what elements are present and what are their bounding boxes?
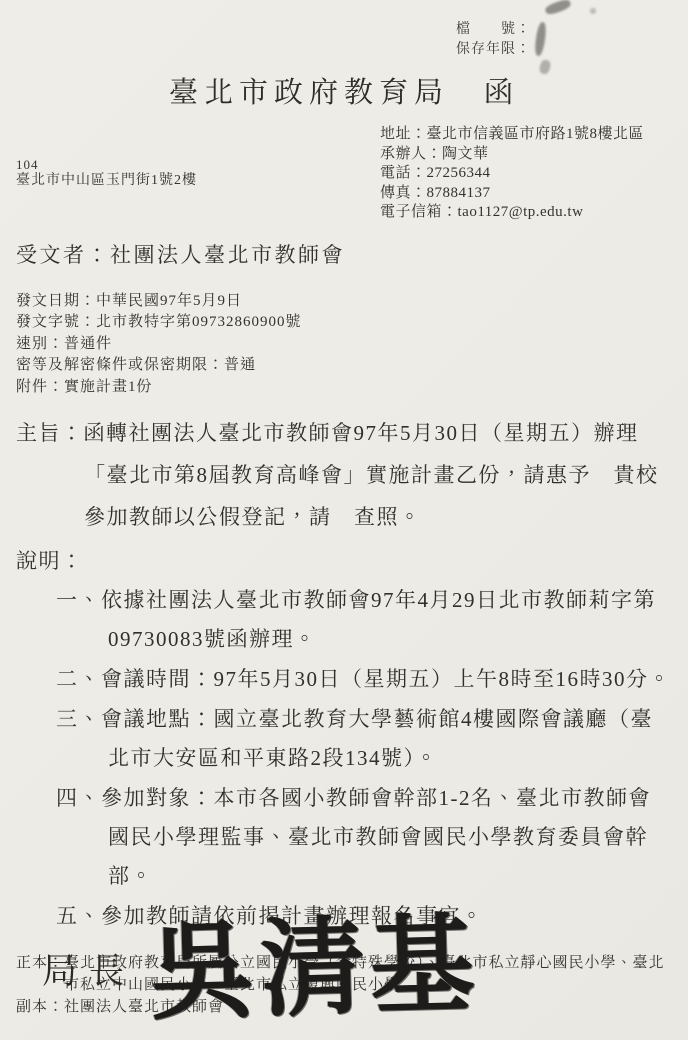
signer-title: 局長 xyxy=(42,944,136,994)
subject-paragraph: 主旨：函轉社團法人臺北市教師會97年5月30日（星期五）辦理「臺北市第8屆教育高… xyxy=(16,412,672,538)
recipient-line: 受文者：社團法人臺北市教師會 xyxy=(16,239,672,269)
header-info-row: 104 臺北市中山區玉門街1號2樓 地址：臺北市信義區市府路1號8樓北區 承辦人… xyxy=(16,125,672,223)
contact-fax: 傳真：87884137 xyxy=(380,184,672,204)
description-item-1: 一、依據社團法人臺北市教師會97年4月29日北市教師莉字第09730083號函辦… xyxy=(56,581,672,659)
archive-number-label: 檔 號： xyxy=(456,20,531,40)
document-meta-block: 發文日期：中華民國97年5月9日 發文字號：北市教特字第09732860900號… xyxy=(16,291,672,399)
subject-text: 函轉社團法人臺北市教師會97年5月30日（星期五）辦理「臺北市第8屆教育高峰會」… xyxy=(84,421,659,529)
priority-line: 速別：普通件 xyxy=(16,334,672,356)
description-item-4: 四、參加對象：本市各國小教師會幹部1-2名、臺北市教師會國民小學理監事、臺北市教… xyxy=(56,779,672,896)
item-text: 會議地點：國立臺北教育大學藝術館4樓國際會議廳（臺北市大安區和平東路2段134號… xyxy=(101,707,653,770)
signature-row: 局長 吳清基 xyxy=(42,884,480,1034)
issue-number-line: 發文字號：北市教特字第09732860900號 xyxy=(16,312,672,334)
document-title: 臺北市政府教育局 函 xyxy=(16,70,672,111)
description-item-2: 二、會議時間：97年5月30日（星期五）上午8時至16時30分。 xyxy=(56,660,672,699)
item-number: 三、 xyxy=(56,707,101,731)
signer-name-calligraphy: 吳清基 xyxy=(148,878,482,1040)
stamp-smudge-mark xyxy=(534,22,548,57)
stamp-smudge-mark xyxy=(590,8,596,14)
item-text: 依據社團法人臺北市教師會97年4月29日北市教師莉字第09730083號函辦理。 xyxy=(101,588,656,651)
sender-address: 地址：臺北市信義區市府路1號8樓北區 xyxy=(380,125,672,145)
item-number: 四、 xyxy=(56,786,101,810)
subject-label: 主旨： xyxy=(16,421,84,445)
item-text: 參加對象：本市各國小教師會幹部1-2名、臺北市教師會國民小學理監事、臺北市教師會… xyxy=(101,786,651,888)
security-classification-line: 密等及解密條件或保密期限：普通 xyxy=(16,355,672,377)
file-number-block: 檔 號： 保存年限： xyxy=(456,20,531,60)
contact-phone: 電話：27256344 xyxy=(380,164,672,184)
retention-period-label: 保存年限： xyxy=(456,40,531,60)
description-item-3: 三、會議地點：國立臺北教育大學藝術館4樓國際會議廳（臺北市大安區和平東路2段13… xyxy=(56,700,672,778)
recipient-street-address: 臺北市中山區玉門街1號2樓 xyxy=(16,172,197,190)
description-label: 說明： xyxy=(16,542,672,580)
scanned-official-letter: 檔 號： 保存年限： 臺北市政府教育局 函 104 臺北市中山區玉門街1號2樓 … xyxy=(0,0,688,1040)
item-text: 會議時間：97年5月30日（星期五）上午8時至16時30分。 xyxy=(101,667,671,691)
contact-email: 電子信箱：tao1127@tp.edu.tw xyxy=(380,203,672,223)
attachment-line: 附件：實施計畫1份 xyxy=(16,377,672,399)
stamp-smudge-mark xyxy=(544,0,572,16)
recipient-address-block: 104 臺北市中山區玉門街1號2樓 xyxy=(16,125,197,223)
sender-contact-block: 地址：臺北市信義區市府路1號8樓北區 承辦人：陶文華 電話：27256344 傳… xyxy=(380,125,672,223)
item-number: 一、 xyxy=(56,588,101,612)
issue-date-line: 發文日期：中華民國97年5月9日 xyxy=(16,291,672,313)
contact-person: 承辦人：陶文華 xyxy=(380,145,672,165)
recipient-zip-code: 104 xyxy=(16,157,197,172)
item-number: 二、 xyxy=(56,667,101,691)
